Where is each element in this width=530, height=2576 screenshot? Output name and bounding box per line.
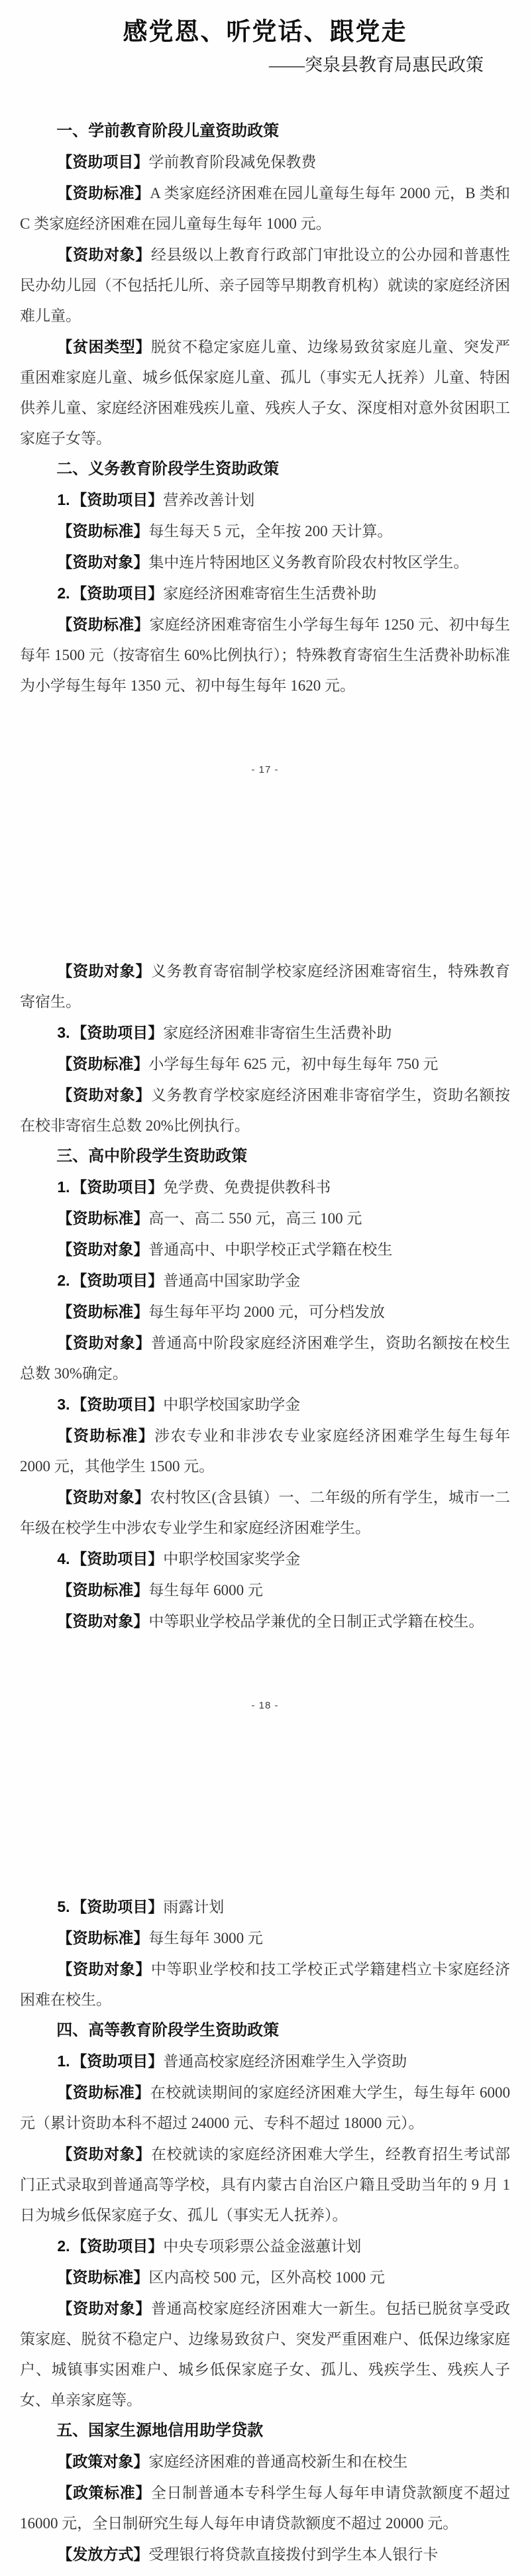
policy-paragraph: 2.【资助项目】中央专项彩票公益金滋蕙计划: [20, 2231, 510, 2262]
document-page: 感党恩、听党话、跟党走 ——突泉县教育局惠民政策 一、学前教育阶段儿童资助政策【…: [0, 0, 530, 2576]
item-text: 普通高中国家助学金: [163, 1272, 300, 1289]
item-label: 【资助标准】: [57, 1303, 148, 1320]
item-number: 2.: [57, 585, 70, 602]
policy-paragraph: 【资助标准】区内高校 500 元，区外高校 1000 元: [20, 2262, 510, 2293]
item-label: 【资助项目】: [72, 1898, 163, 1915]
item-text: 每生每天 5 元，全年按 200 天计算。: [148, 523, 392, 539]
item-label: 【资助项目】: [72, 491, 163, 508]
item-label: 【资助项目】: [72, 2052, 163, 2070]
item-label: 【资助对象】: [57, 2300, 151, 2317]
item-text: 每生每年平均 2000 元，可分档发放: [148, 1304, 385, 1320]
item-label: 【资助标准】: [57, 616, 149, 633]
item-label: 【资助项目】: [72, 1272, 163, 1289]
policy-paragraph: 【资助标准】在校就读期间的家庭经济困难大学生，每生每年 6000 元（累计资助本…: [20, 2077, 510, 2139]
item-text: 学前教育阶段减免保教费: [148, 154, 316, 170]
item-text: 营养改善计划: [163, 492, 254, 508]
item-number: 3.: [57, 1024, 70, 1041]
item-number: 1.: [57, 491, 70, 508]
policy-paragraph: 1.【资助项目】普通高校家庭经济困难学生入学资助: [20, 2046, 510, 2077]
item-number: 3.: [57, 1396, 70, 1413]
item-label: 【资助标准】: [57, 1427, 154, 1444]
policy-paragraph: 1.【资助项目】营养改善计划: [20, 484, 510, 516]
item-label: 【资助标准】: [57, 2084, 150, 2101]
item-label: 【资助对象】: [57, 962, 151, 980]
policy-paragraph: 【资助项目】学前教育阶段减免保教费: [20, 146, 510, 178]
item-label: 【资助对象】: [57, 1612, 148, 1630]
policy-paragraph: 【资助标准】涉农专业和非涉农专业家庭经济困难学生每生每年 2000 元，其他学生…: [20, 1420, 510, 1482]
policy-paragraph: 3.【资助项目】中职学校国家助学金: [20, 1389, 510, 1420]
policy-content: 一、学前教育阶段儿童资助政策【资助项目】学前教育阶段减免保教费【资助标准】A 类…: [20, 116, 510, 2570]
policy-paragraph: 【资助标准】高一、高二 550 元，高三 100 元: [20, 1203, 510, 1234]
item-label: 【资助对象】: [57, 553, 148, 571]
item-label: 【资助对象】: [57, 1488, 150, 1506]
policy-paragraph: 【政策标准】全日制普通本专科学生每人每年申请贷款额度不超过 16000 元，全日…: [20, 2477, 510, 2539]
item-text: 家庭经济困难非寄宿生生活费补助: [163, 1025, 392, 1041]
policy-paragraph: 【资助对象】农村牧区(含县镇）一、二年级的所有学生，城市一二年级在校学生中涉农专…: [20, 1482, 510, 1543]
item-text: 中央专项彩票公益金滋蕙计划: [163, 2238, 361, 2255]
item-number: 1.: [57, 2052, 70, 2070]
policy-paragraph: 【资助对象】中等职业学校品学兼优的全日制正式学籍在校生。: [20, 1606, 510, 1637]
policy-paragraph: 【资助标准】每生每年平均 2000 元，可分档发放: [20, 1296, 510, 1327]
policy-paragraph: 【资助标准】小学每生每年 625 元，初中每生每年 750 元: [20, 1048, 510, 1080]
policy-paragraph: 【资助对象】普通高中、中职学校正式学籍在校生: [20, 1234, 510, 1265]
item-label: 【资助标准】: [57, 522, 148, 539]
item-text: 雨露计划: [163, 1899, 224, 1915]
item-label: 【贫困类型】: [57, 338, 151, 355]
policy-paragraph: 【资助对象】义务教育寄宿制学校家庭经济困难寄宿生，特殊教育寄宿生。: [20, 956, 510, 1017]
page-number: - 18 -: [20, 1699, 510, 1712]
policy-paragraph: 【发放方式】受理银行将贷款直接拨付到学生本人银行卡: [20, 2539, 510, 2570]
item-text: 中职学校国家助学金: [163, 1396, 300, 1413]
policy-paragraph: 【资助对象】普通高中阶段家庭经济困难学生，资助名额按在校生总数 30%确定。: [20, 1327, 510, 1389]
item-text: 中职学校国家奖学金: [163, 1551, 300, 1567]
item-text: 中等职业学校品学兼优的全日制正式学籍在校生。: [148, 1613, 484, 1630]
policy-paragraph: 【资助标准】每生每年 6000 元: [20, 1575, 510, 1606]
policy-paragraph: 【资助对象】义务教育学校家庭经济困难非寄宿学生，资助名额按在校非寄宿生总数 20…: [20, 1080, 510, 1141]
section-heading: 五、国家生源地信用助学贷款: [20, 2416, 510, 2446]
page-subtitle: ——突泉县教育局惠民政策: [20, 53, 510, 77]
item-label: 【资助对象】: [57, 246, 151, 263]
item-label: 【资助标准】: [57, 1209, 148, 1227]
item-label: 【资助对象】: [57, 1241, 148, 1258]
policy-paragraph: 【资助对象】普通高校家庭经济困难大一新生。包括已脱贫享受政策家庭、脱贫不稳定户、…: [20, 2293, 510, 2416]
item-text: 集中连片特困地区义务教育阶段农村牧区学生。: [148, 554, 468, 571]
item-label: 【资助标准】: [57, 1929, 148, 1946]
policy-paragraph: 1.【资助项目】免学费、免费提供教科书: [20, 1172, 510, 1203]
item-number: 1.: [57, 1178, 70, 1196]
item-label: 【资助项目】: [72, 2237, 163, 2255]
item-label: 【资助对象】: [57, 2145, 151, 2162]
item-label: 【发放方式】: [57, 2546, 148, 2563]
item-label: 【资助对象】: [57, 1960, 151, 1978]
policy-paragraph: 【资助对象】在校就读的家庭经济困难大学生，经教育招生考试部门正式录取到普通高等学…: [20, 2139, 510, 2231]
item-text: 免学费、免费提供教科书: [163, 1179, 331, 1196]
item-text: 每生每年 6000 元: [148, 1582, 263, 1598]
policy-paragraph: 【资助对象】经县级以上教育行政部门审批设立的公办园和普惠性民办幼儿园（不包括托儿…: [20, 239, 510, 331]
item-text: 家庭经济困难的普通高校新生和在校生: [148, 2453, 407, 2470]
item-number: 2.: [57, 1272, 70, 1289]
policy-paragraph: 5.【资助项目】雨露计划: [20, 1891, 510, 1923]
item-text: 区内高校 500 元，区外高校 1000 元: [148, 2269, 385, 2286]
item-label: 【资助项目】: [72, 1024, 163, 1041]
item-number: 5.: [57, 1898, 70, 1915]
policy-paragraph: 【政策对象】家庭经济困难的普通高校新生和在校生: [20, 2446, 510, 2477]
policy-paragraph: 【资助对象】中等职业学校和技工学校正式学籍建档立卡家庭经济困难在校生。: [20, 1954, 510, 2015]
page-number: - 17 -: [20, 763, 510, 777]
policy-paragraph: 【资助对象】集中连片特困地区义务教育阶段农村牧区学生。: [20, 547, 510, 578]
item-label: 【政策标准】: [57, 2484, 151, 2501]
item-label: 【资助标准】: [57, 184, 150, 201]
item-label: 【资助对象】: [57, 1086, 151, 1103]
item-label: 【资助项目】: [72, 1178, 163, 1196]
item-text: 小学每生每年 625 元，初中每生每年 750 元: [148, 1056, 438, 1072]
item-text: 高一、高二 550 元，高三 100 元: [148, 1210, 362, 1227]
item-text: 普通高中、中职学校正式学籍在校生: [148, 1241, 392, 1258]
section-heading: 四、高等教育阶段学生资助政策: [20, 2015, 510, 2046]
policy-paragraph: 4.【资助项目】中职学校国家奖学金: [20, 1543, 510, 1575]
item-label: 【资助项目】: [72, 585, 163, 602]
item-text: 每生每年 3000 元: [148, 1930, 263, 1946]
policy-paragraph: 【资助标准】每生每天 5 元，全年按 200 天计算。: [20, 516, 510, 547]
page-title: 感党恩、听党话、跟党走: [20, 17, 510, 48]
item-label: 【资助对象】: [57, 1334, 151, 1351]
item-text: 家庭经济困难寄宿生生活费补助: [163, 585, 376, 602]
section-heading: 二、义务教育阶段学生资助政策: [20, 454, 510, 484]
item-label: 【政策对象】: [57, 2453, 148, 2470]
section-heading: 一、学前教育阶段儿童资助政策: [20, 116, 510, 146]
policy-paragraph: 3.【资助项目】家庭经济困难非寄宿生生活费补助: [20, 1017, 510, 1048]
item-label: 【资助项目】: [72, 1396, 163, 1413]
policy-paragraph: 【贫困类型】脱贫不稳定家庭儿童、边缘易致贫家庭儿童、突发严重困难家庭儿童、城乡低…: [20, 331, 510, 454]
policy-paragraph: 2.【资助项目】家庭经济困难寄宿生生活费补助: [20, 578, 510, 609]
item-label: 【资助标准】: [57, 1581, 148, 1598]
item-label: 【资助项目】: [57, 153, 148, 170]
item-label: 【资助项目】: [72, 1550, 163, 1567]
policy-paragraph: 【资助标准】每生每年 3000 元: [20, 1923, 510, 1954]
section-heading: 三、高中阶段学生资助政策: [20, 1141, 510, 1172]
policy-paragraph: 【资助标准】A 类家庭经济困难在园儿童每生每年 2000 元，B 类和 C 类家…: [20, 178, 510, 239]
item-text: 普通高校家庭经济困难学生入学资助: [163, 2053, 407, 2070]
item-label: 【资助标准】: [57, 1055, 148, 1072]
item-text: 受理银行将贷款直接拨付到学生本人银行卡: [148, 2546, 438, 2563]
policy-paragraph: 【资助标准】家庭经济困难寄宿生小学每生每年 1250 元、初中每生每年 1500…: [20, 609, 510, 701]
policy-paragraph: 2.【资助项目】普通高中国家助学金: [20, 1265, 510, 1296]
item-number: 2.: [57, 2237, 70, 2255]
item-label: 【资助标准】: [57, 2268, 148, 2286]
item-number: 4.: [57, 1550, 70, 1567]
